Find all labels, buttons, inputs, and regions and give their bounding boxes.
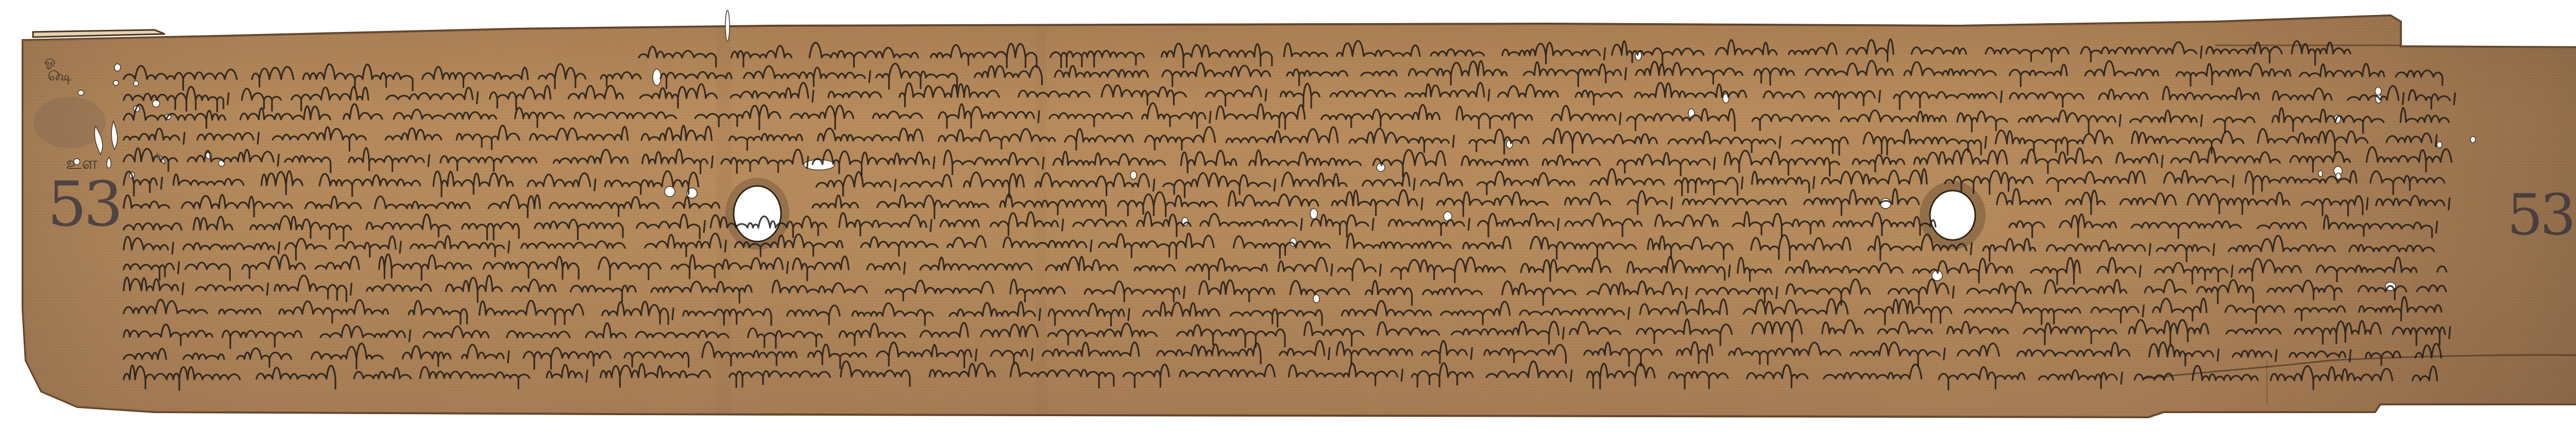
text-line bbox=[124, 189, 2450, 219]
text-line bbox=[124, 212, 2437, 241]
text-line bbox=[124, 276, 2446, 305]
text-line bbox=[124, 254, 2447, 284]
text-line bbox=[124, 297, 2442, 327]
text-line bbox=[124, 233, 2434, 262]
text-line bbox=[124, 361, 2437, 390]
left-folio-number: 53 bbox=[47, 174, 120, 236]
text-line bbox=[124, 61, 2443, 91]
text-line bbox=[124, 83, 2455, 112]
right-folio-number: 53 bbox=[2507, 186, 2573, 243]
left-margin-glyph-2: ௸ bbox=[47, 68, 72, 83]
text-line bbox=[124, 341, 2441, 369]
text-line bbox=[124, 103, 2449, 133]
handwritten-lines bbox=[0, 0, 2576, 445]
text-line bbox=[124, 126, 2437, 155]
